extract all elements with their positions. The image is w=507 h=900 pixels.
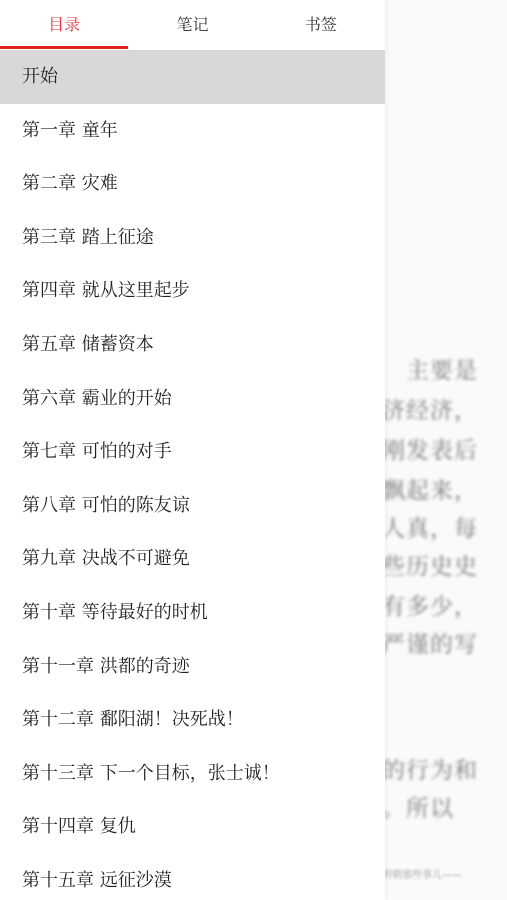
chapter-item[interactable]: 第三章 踏上征途	[0, 211, 385, 265]
chapter-item[interactable]: 第十三章 下一个目标，张士诚！	[0, 747, 385, 801]
active-tab-indicator	[0, 46, 128, 49]
chapter-item[interactable]: 第五章 储蓄资本	[0, 318, 385, 372]
chapter-item[interactable]: 第十二章 鄱阳湖！决死战！	[0, 693, 385, 747]
chapter-item[interactable]: 第十五章 远征沙漠	[0, 854, 385, 900]
page-text-line: 。所以	[382, 790, 454, 823]
chapter-item[interactable]: 第六章 霸业的开始	[0, 372, 385, 426]
page-text-line: 主要是	[382, 352, 478, 385]
page-text-line: 人真，每	[382, 510, 478, 543]
tab-contents[interactable]: 目录	[0, 0, 128, 48]
toc-drawer: 目录 笔记 书签 开始 第一章 童年 第二章 灾难 第三章 踏上征途 第四章 就…	[0, 0, 385, 900]
page-footer: 明朝那些事儿——	[382, 866, 462, 881]
drawer-tabs: 目录 笔记 书签	[0, 0, 385, 48]
chapter-item[interactable]: 第十一章 洪都的奇迹	[0, 640, 385, 694]
chapter-item[interactable]: 第四章 就从这里起步	[0, 264, 385, 318]
chapter-item[interactable]: 第二章 灾难	[0, 157, 385, 211]
page-text-line: 的行为和	[382, 752, 478, 785]
tab-bookmarks[interactable]: 书签	[257, 0, 385, 48]
chapter-item[interactable]: 第九章 决战不可避免	[0, 532, 385, 586]
chapter-list[interactable]: 开始 第一章 童年 第二章 灾难 第三章 踏上征途 第四章 就从这里起步 第五章…	[0, 50, 385, 900]
page-text-line: 济经济，	[382, 392, 478, 425]
chapter-item[interactable]: 第一章 童年	[0, 104, 385, 158]
tab-notes[interactable]: 笔记	[128, 0, 256, 48]
chapter-item[interactable]: 第十章 等待最好的时机	[0, 586, 385, 640]
page-text-line: 飘起来，	[382, 472, 478, 505]
page-text-line: 严谨的写	[382, 626, 478, 659]
chapter-item[interactable]: 第七章 可怕的对手	[0, 425, 385, 479]
page-text-line: 些历史史	[382, 548, 478, 581]
page-text-line: 刚发表后	[382, 432, 478, 465]
chapter-item-current[interactable]: 开始	[0, 50, 385, 104]
page-text-line: 有多少，	[382, 588, 478, 621]
chapter-item[interactable]: 第十四章 复仇	[0, 800, 385, 854]
chapter-item[interactable]: 第八章 可怕的陈友谅	[0, 479, 385, 533]
